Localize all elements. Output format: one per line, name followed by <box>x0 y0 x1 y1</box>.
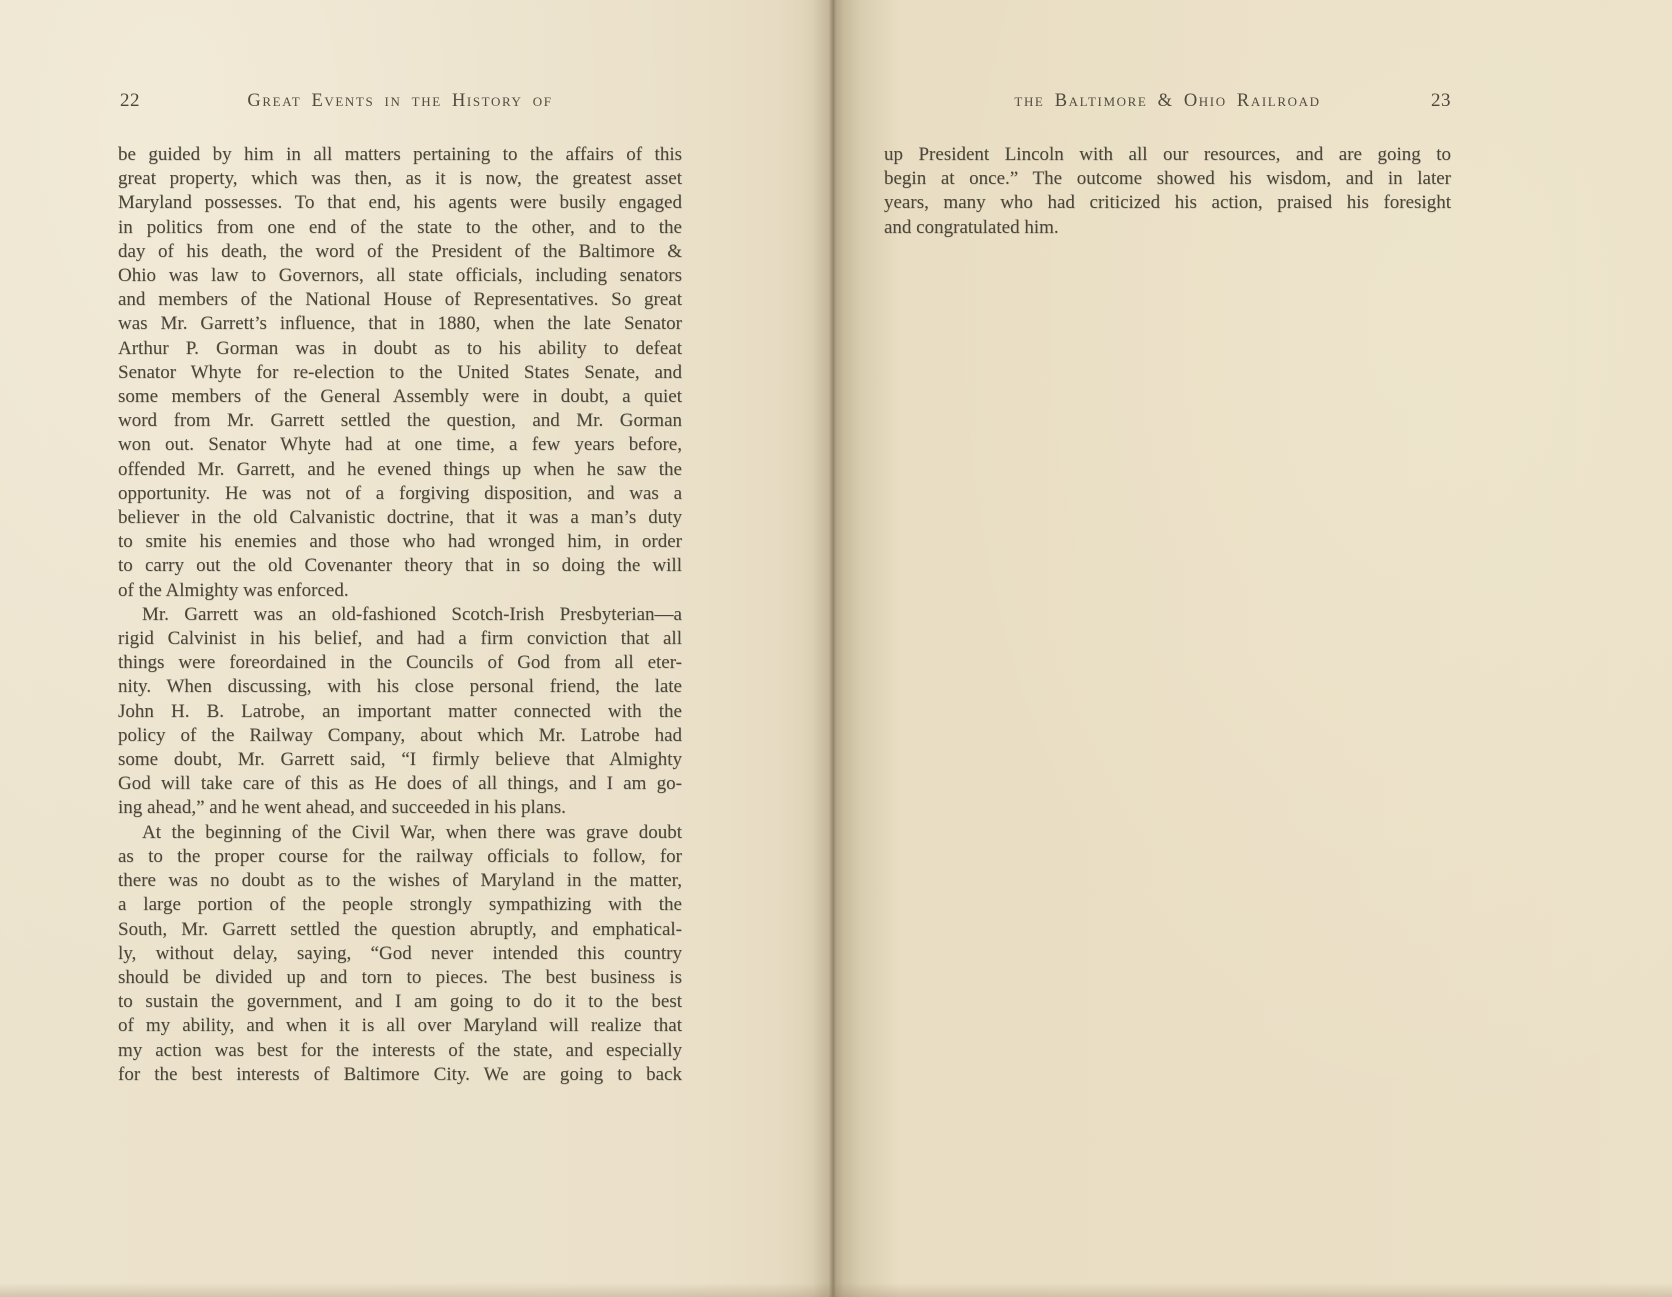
text-line: should be divided up and torn to pieces.… <box>118 966 682 990</box>
text-line: believer in the old Calvanistic doctrine… <box>118 506 682 530</box>
text-line: there was no doubt as to the wishes of M… <box>118 869 682 893</box>
text-line: to smite his enemies and those who had w… <box>118 530 682 554</box>
text-line: and members of the National House of Rep… <box>118 288 682 312</box>
text-line: some doubt, Mr. Garrett said, “I firmly … <box>118 748 682 772</box>
text-line: John H. B. Latrobe, an important matter … <box>118 700 682 724</box>
text-line: to sustain the government, and I am goin… <box>118 990 682 1014</box>
text-line: Mr. Garrett was an old-fashioned Scotch-… <box>118 603 682 627</box>
text-line: some members of the General Assembly wer… <box>118 385 682 409</box>
text-line: Senator Whyte for re-election to the Uni… <box>118 361 682 385</box>
paragraph: Mr. Garrett was an old-fashioned Scotch-… <box>118 603 682 821</box>
paragraph: be guided by him in all matters pertaini… <box>118 143 682 603</box>
text-line: ly, without delay, saying, “God never in… <box>118 942 682 966</box>
text-line: of the Almighty was enforced. <box>118 579 682 603</box>
text-line: Maryland possesses. To that end, his age… <box>118 191 682 215</box>
text-line: up President Lincoln with all our resour… <box>884 143 1451 167</box>
running-header-title-right: the Baltimore & Ohio Railroad <box>884 88 1451 114</box>
book-spread: 22 Great Events in the History of be gui… <box>0 0 1672 1297</box>
text-line: Ohio was law to Governors, all state off… <box>118 264 682 288</box>
paragraph: up President Lincoln with all our resour… <box>884 143 1451 240</box>
text-line: nity. When discussing, with his close pe… <box>118 675 682 699</box>
text-line: as to the proper course for the railway … <box>118 845 682 869</box>
text-line: things were foreordained in the Councils… <box>118 651 682 675</box>
page-left: 22 Great Events in the History of be gui… <box>0 0 833 1297</box>
running-head-right: the Baltimore & Ohio Railroad 23 <box>884 88 1451 114</box>
text-line: ing ahead,” and he went ahead, and succe… <box>118 796 682 820</box>
text-line: great property, which was then, as it is… <box>118 167 682 191</box>
text-line: years, many who had criticized his actio… <box>884 191 1451 215</box>
page-number-right: 23 <box>1431 88 1451 114</box>
page-body-left: be guided by him in all matters pertaini… <box>118 143 682 1087</box>
text-line: won out. Senator Whyte had at one time, … <box>118 433 682 457</box>
text-line: my action was best for the interests of … <box>118 1039 682 1063</box>
text-line: day of his death, the word of the Presid… <box>118 240 682 264</box>
text-line: God will take care of this as He does of… <box>118 772 682 796</box>
text-line: be guided by him in all matters pertaini… <box>118 143 682 167</box>
text-line: in politics from one end of the state to… <box>118 216 682 240</box>
text-line: South, Mr. Garrett settled the question … <box>118 918 682 942</box>
text-line: rigid Calvinist in his belief, and had a… <box>118 627 682 651</box>
running-head-left: 22 Great Events in the History of <box>118 88 682 114</box>
text-line: At the beginning of the Civil War, when … <box>118 821 682 845</box>
text-line: offended Mr. Garrett, and he evened thin… <box>118 458 682 482</box>
text-line: was Mr. Garrett’s influence, that in 188… <box>118 312 682 336</box>
running-header-title-left: Great Events in the History of <box>118 88 682 114</box>
paragraph: At the beginning of the Civil War, when … <box>118 821 682 1087</box>
page-right: the Baltimore & Ohio Railroad 23 up Pres… <box>833 0 1672 1297</box>
text-line: policy of the Railway Company, about whi… <box>118 724 682 748</box>
text-line: of my ability, and when it is all over M… <box>118 1014 682 1038</box>
text-line: for the best interests of Baltimore City… <box>118 1063 682 1087</box>
text-line: and congratulated him. <box>884 216 1451 240</box>
text-line: begin at once.” The outcome showed his w… <box>884 167 1451 191</box>
page-body-right: up President Lincoln with all our resour… <box>884 143 1451 240</box>
text-line: to carry out the old Covenanter theory t… <box>118 554 682 578</box>
text-line: word from Mr. Garrett settled the questi… <box>118 409 682 433</box>
text-line: opportunity. He was not of a forgiving d… <box>118 482 682 506</box>
text-line: Arthur P. Gorman was in doubt as to his … <box>118 337 682 361</box>
text-line: a large portion of the people strongly s… <box>118 893 682 917</box>
